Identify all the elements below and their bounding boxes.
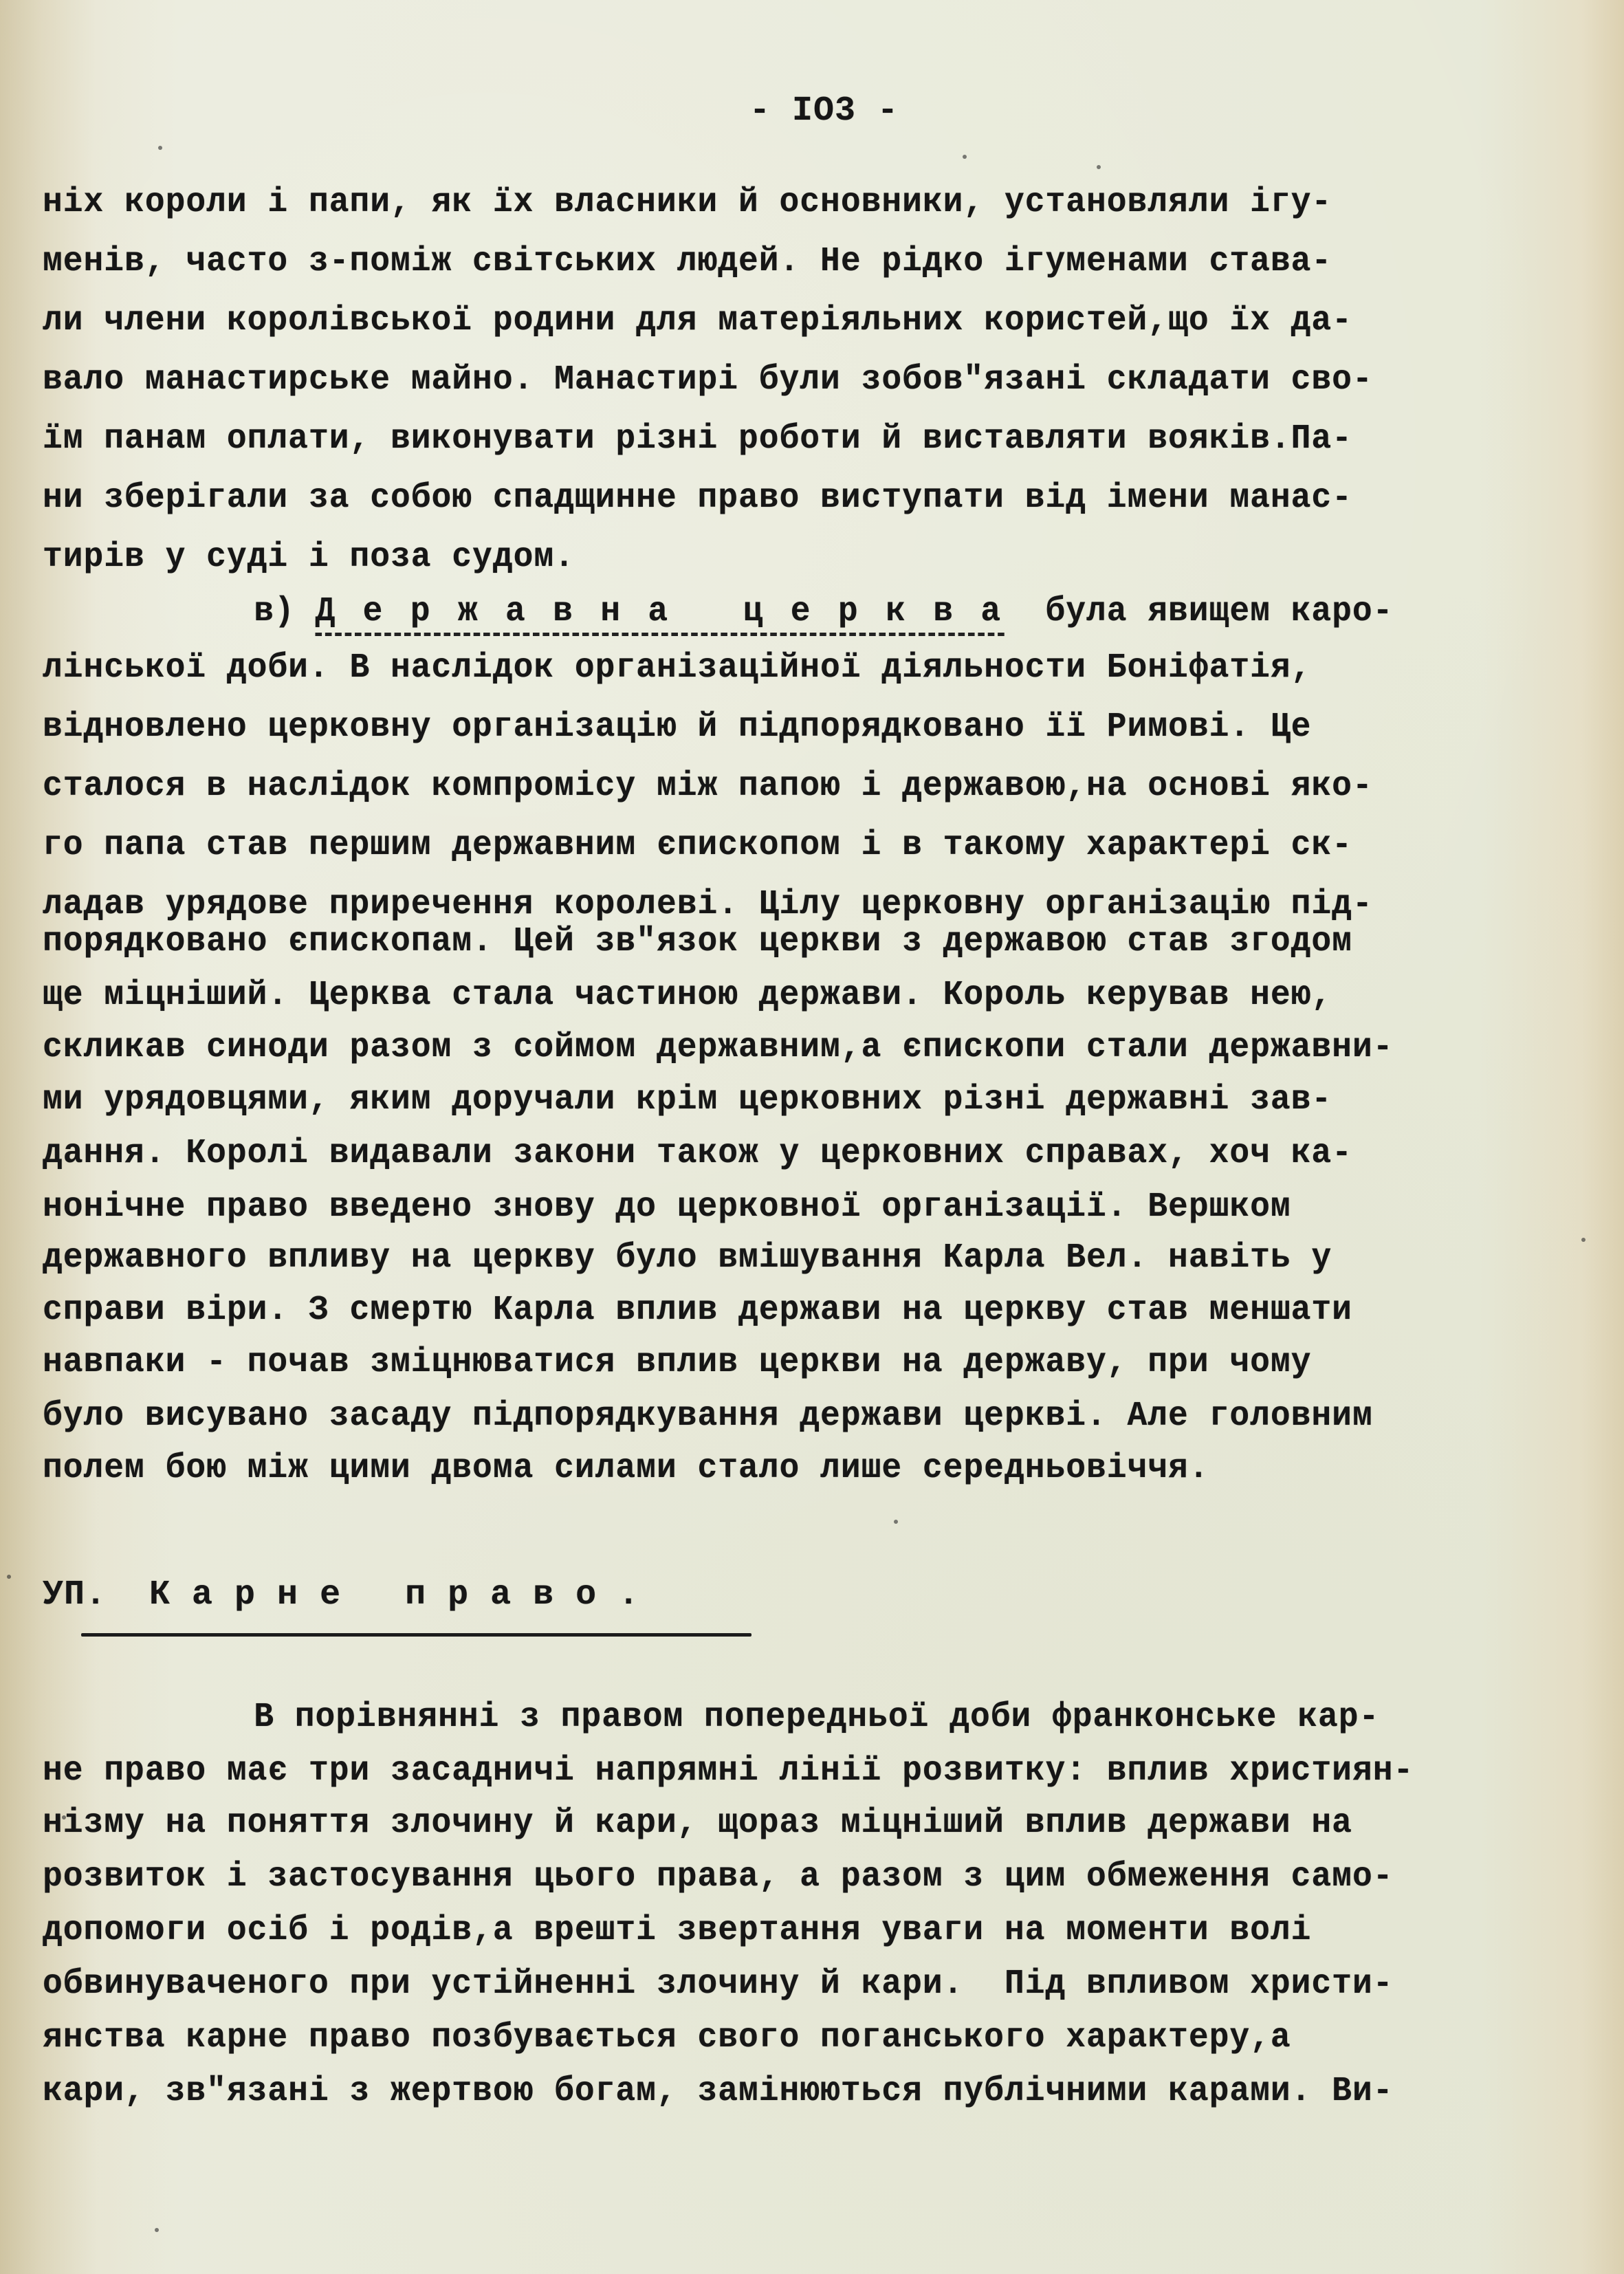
scan-speck: [158, 146, 162, 150]
text-line: не право має три засадничі напрямні ліні…: [43, 1751, 1414, 1792]
text-line: справи віри. З смертю Карла вплив держав…: [43, 1290, 1352, 1331]
scan-speck: [1581, 1238, 1585, 1242]
text-line: тирів у суді і поза судом.: [43, 537, 575, 578]
text-line: відновлено церковну організацію й підпор…: [43, 707, 1311, 748]
scan-speck: [1097, 165, 1101, 169]
subsection-first-line-rest: була явищем каро-: [1045, 592, 1393, 631]
text-line: нізму на поняття злочину й кари, щораз м…: [43, 1803, 1352, 1844]
text-line: янства карне право позбувається свого по…: [43, 2018, 1291, 2059]
text-line: кари, зв"язані з жертвою богам, замінюют…: [43, 2071, 1393, 2112]
text-line: ми урядовцями, яким доручали крім церков…: [43, 1080, 1332, 1121]
subsection-heading-line: в) Д е р ж а в н а ц е р к в а була явищ…: [43, 591, 1393, 633]
text-line: полем бою між цими двома силами стало ли…: [43, 1448, 1209, 1489]
subsection-title: Д е р ж а в н а ц е р к в а: [316, 592, 1005, 636]
scanned-document-page: - IO3 - ніх короли і папи, як їх власник…: [0, 0, 1624, 2274]
text-line: нонічне право введено знову до церковної…: [43, 1187, 1291, 1228]
text-line: скликав синоди разом з соймом державним,…: [43, 1027, 1393, 1069]
text-line: їм панам оплати, виконувати різні роботи…: [43, 419, 1352, 460]
text-line: дання. Королі видавали закони також у це…: [43, 1133, 1352, 1174]
text-line: ніх короли і папи, як їх власники й осно…: [43, 182, 1332, 223]
text-line: ладав урядове приречення королеві. Цілу …: [43, 884, 1373, 926]
text-line: обвинуваченого при устійненні злочину й …: [43, 1964, 1393, 2005]
text-line: ли члени королівської родини для матерія…: [43, 300, 1352, 342]
section-title: К а р н е п р а в о .: [149, 1575, 639, 1615]
text-line: розвиток і застосування цього права, а р…: [43, 1857, 1393, 1898]
text-line: було висувано засаду підпорядкування дер…: [43, 1396, 1373, 1437]
text-line: вало манастирське майно. Манастирі були …: [43, 360, 1373, 401]
text-line: го папа став першим державним єпископом …: [43, 825, 1352, 866]
scan-speck: [963, 155, 967, 159]
section-heading: УП. К а р н е п р а в о .: [43, 1575, 639, 1616]
text-line: ни зберігали за собою спадщинне право ви…: [43, 478, 1352, 519]
scan-speck: [7, 1575, 11, 1579]
text-line: менів, часто з-поміж світських людей. Не…: [43, 241, 1332, 283]
text-line: допомоги осіб і родів,а врешті звертання…: [43, 1910, 1311, 1952]
text-line: ще міцніший. Церква стала частиною держа…: [43, 975, 1332, 1016]
text-line: порядковано єпископам. Цей зв"язок церкв…: [43, 921, 1352, 963]
subsection-marker: в): [254, 592, 295, 631]
text-line: сталося в наслідок компромісу між папою …: [43, 766, 1373, 807]
scan-speck: [155, 2228, 159, 2232]
text-line: державного впливу на церкву було вмішува…: [43, 1238, 1332, 1279]
scan-speck: [894, 1520, 898, 1524]
scan-speck: [62, 1815, 66, 1819]
text-line: лінської доби. В наслідок організаційної…: [43, 648, 1311, 689]
page-number: - IO3 -: [749, 91, 899, 132]
section-heading-underline: [81, 1633, 751, 1637]
section-number: УП.: [43, 1575, 107, 1615]
text-line: В порівнянні з правом попередньої доби ф…: [43, 1697, 1379, 1738]
text-line: навпаки - почав зміцнюватися вплив церкв…: [43, 1342, 1311, 1384]
